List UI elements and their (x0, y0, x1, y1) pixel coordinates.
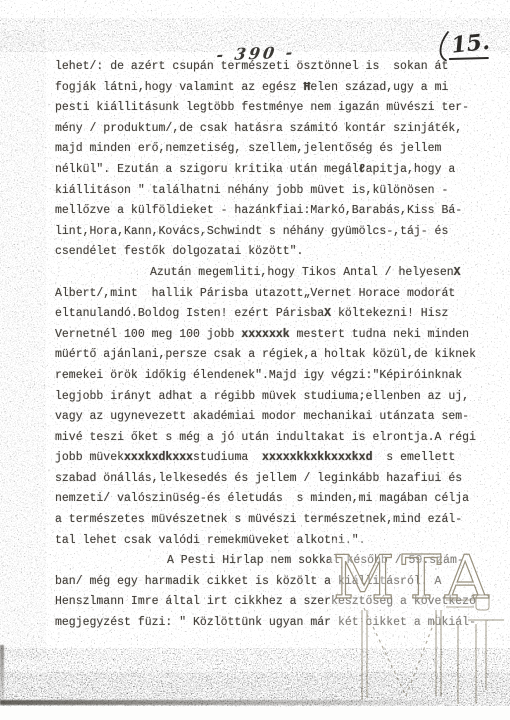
scan-edge-artifact (0, 700, 510, 705)
text-line: fogják látni,hogy valamint az egész Ħele… (55, 81, 485, 102)
text-line: müértő ajánlani,persze csak a régiek,a h… (55, 348, 485, 369)
corner-page-number-text: 15. (450, 29, 491, 59)
text-line: Albert/,mint hallik Párisba utazott„Vern… (55, 287, 485, 308)
scan-bottom-margin (0, 707, 510, 720)
text-line: Azután megemliti,hogy Tikos Antal / hely… (55, 266, 485, 287)
text-line: eltanulandó.Boldog Isten! ezért PárisbaX… (55, 307, 485, 328)
text-line: remekei örök időkig élendenek".Majd igy … (55, 369, 485, 390)
text-line: vagy az ugynevezett akadémiai modor mech… (55, 410, 485, 431)
text-line: nélkül". Ezután a szigoru kritika után m… (55, 163, 485, 184)
scan-left-edge-artifact (0, 645, 4, 703)
text-line: Vernetnél 100 meg 100 jobb xxxxxxk meste… (55, 328, 485, 349)
text-line: csendélet festők dolgozatai között". (55, 245, 485, 266)
text-line: lint,Hora,Kann,Kovács,Schwindt s néhány … (55, 225, 485, 246)
grain-left-margin (0, 30, 46, 660)
text-line: legjobb irányt adhat a régibb müvek stud… (55, 390, 485, 411)
page-scan: - 390 - 15. lehet/: de azért csupán term… (0, 0, 510, 720)
text-line: lehet/: de azért csupán természeti ösztö… (55, 60, 485, 81)
text-line: majd minden erő,nemzetiség, szellem,jele… (55, 142, 485, 163)
text-line: pesti kiállitásunk legtöbb festménye nem… (55, 101, 485, 122)
handwritten-curve (439, 32, 451, 61)
text-line: szabad önállás,lelkesedés és jellem / le… (55, 472, 485, 493)
text-line: mény / produktum/,de csak hatásra számit… (55, 122, 485, 143)
mta-watermark-text: MTA (333, 543, 496, 613)
text-line: mellőzve a külföldieket - hazánkfiai:Mar… (55, 204, 485, 225)
text-line: nemzeti/ valószinüség-és életudás s mind… (55, 492, 485, 513)
text-line: mivé teszi őket s még a jó után indultak… (55, 431, 485, 452)
text-line: a természetes müvészetnek s müvészi term… (55, 513, 485, 534)
mta-watermark: MTA (330, 540, 510, 715)
text-line: kiállitáson " találhatni néhány jobb müv… (55, 184, 485, 205)
text-line: jobb müvekxxxkxdkxxxstudiuma xxxxxkkxkkx… (55, 451, 485, 472)
